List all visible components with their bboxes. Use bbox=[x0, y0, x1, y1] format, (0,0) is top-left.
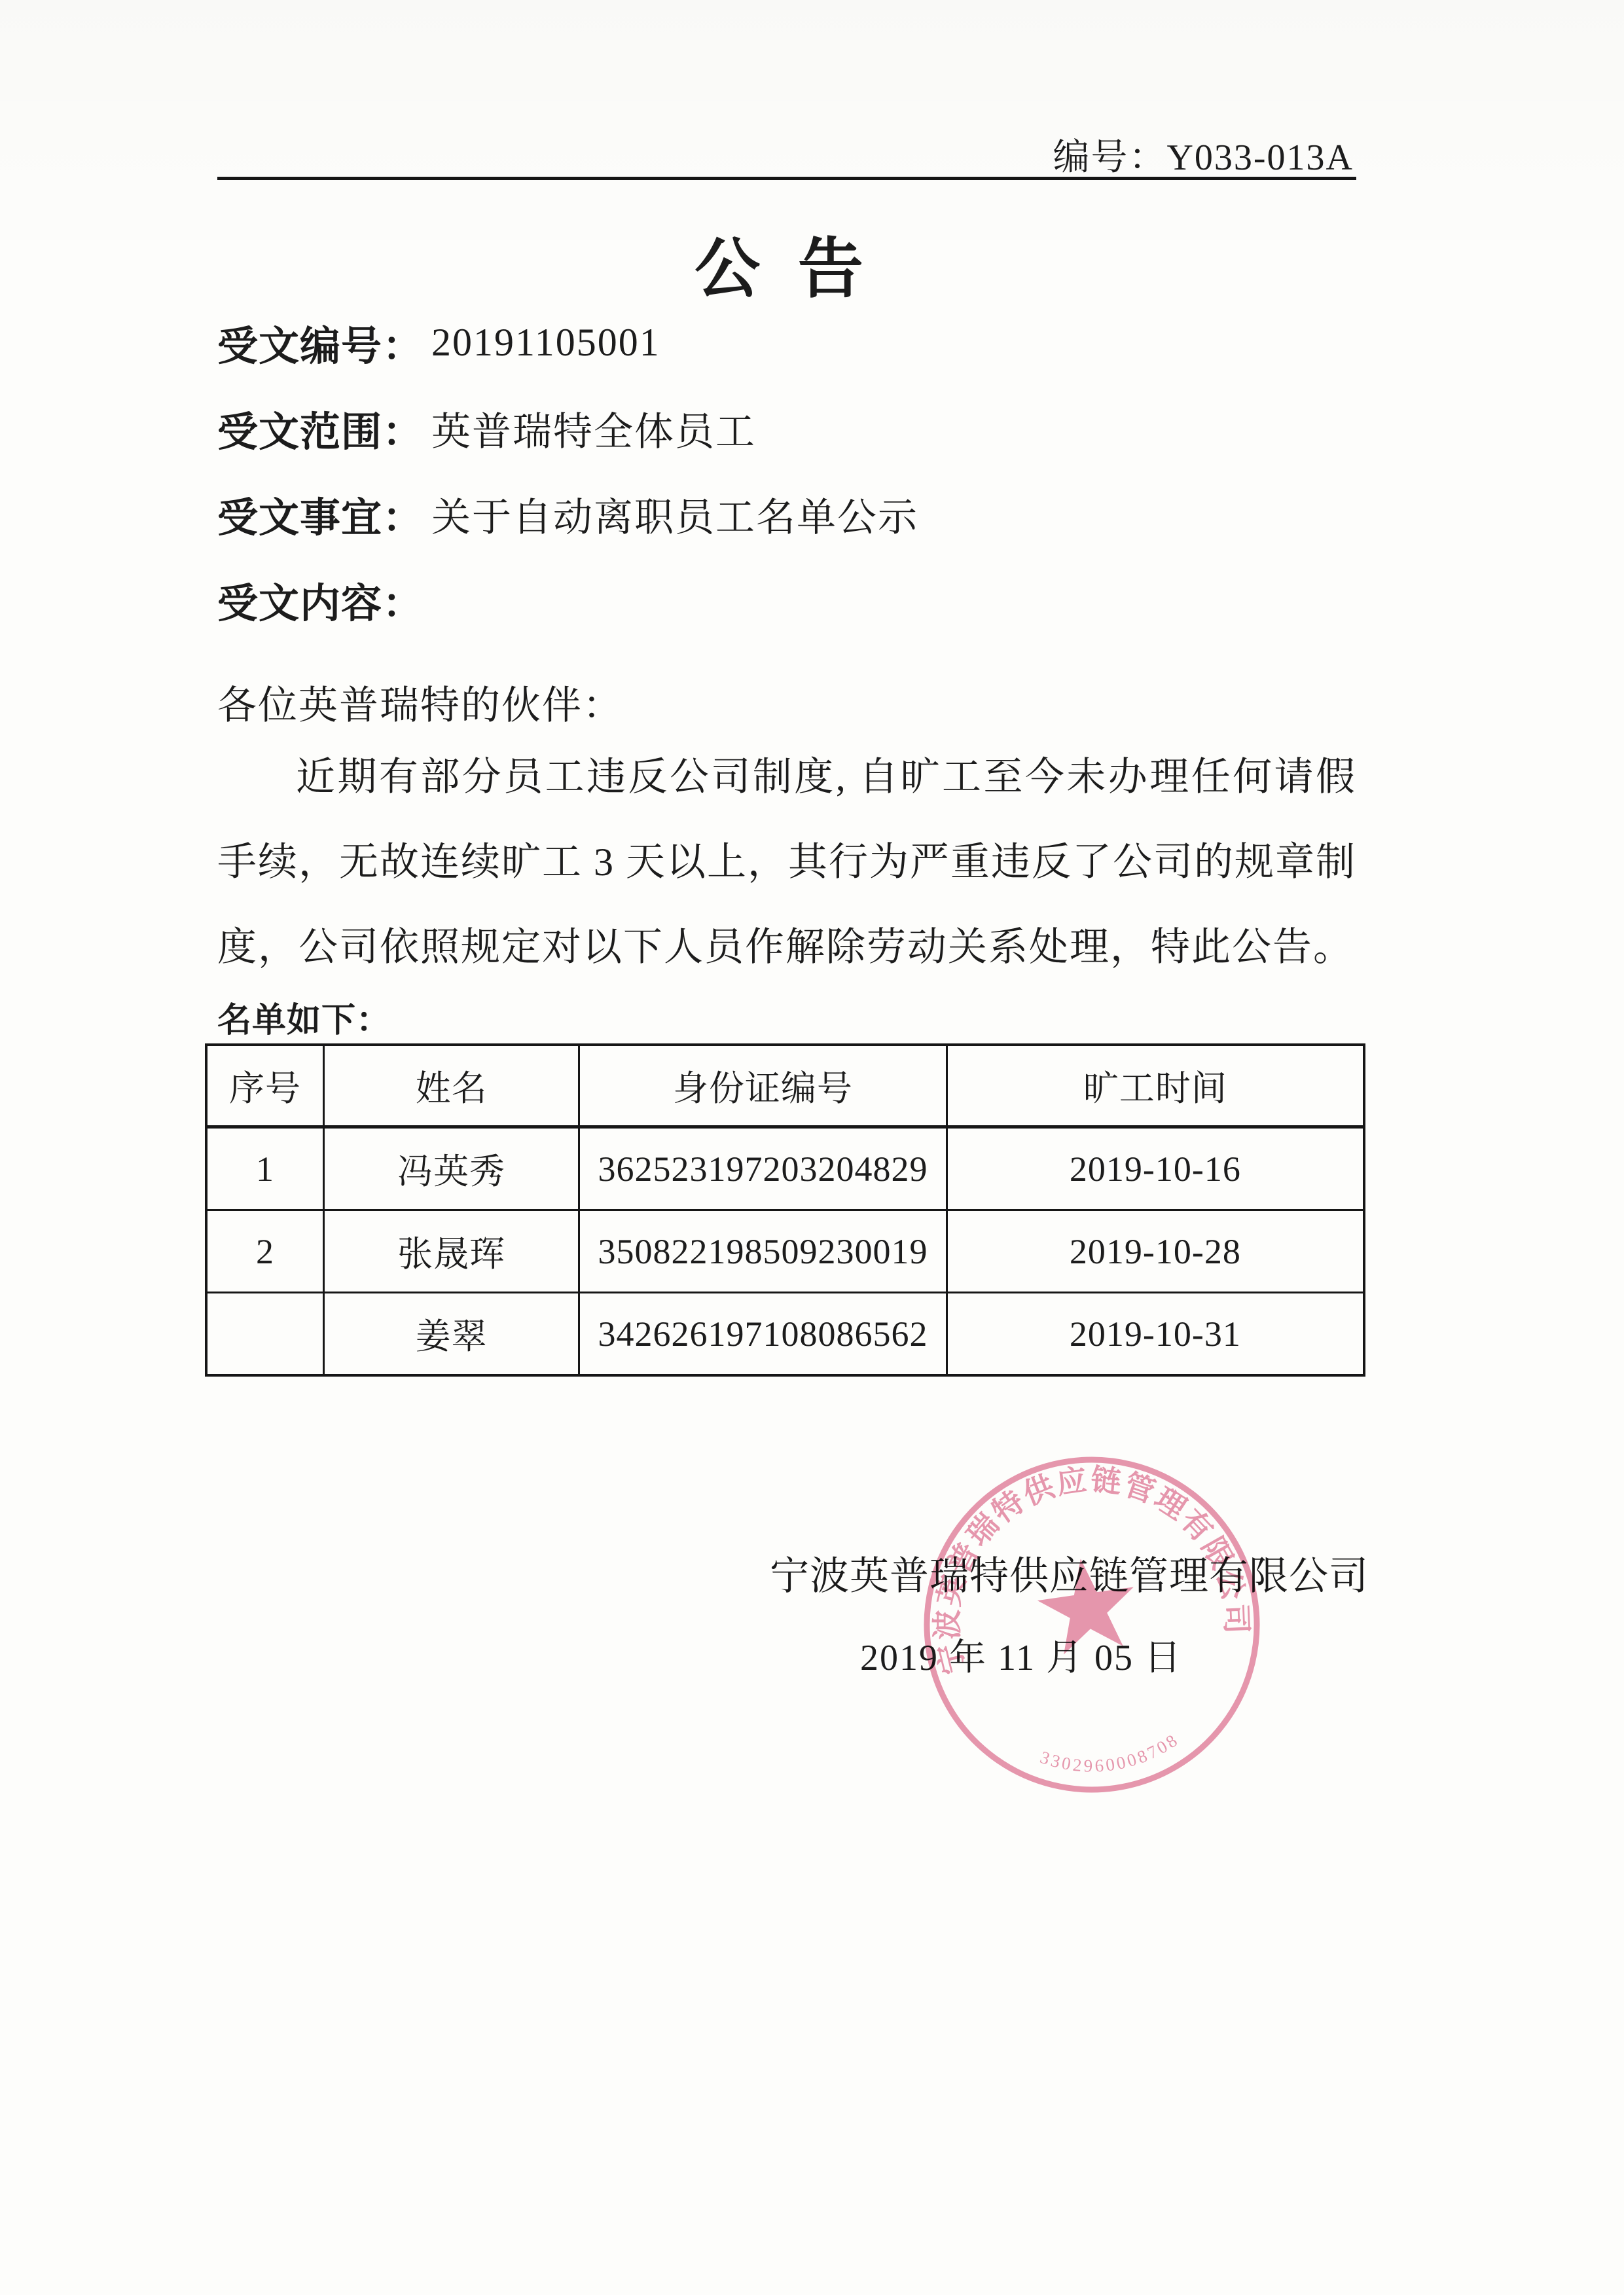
cell-absence-date: 2019-10-16 bbox=[947, 1127, 1364, 1210]
field-line-content: 受文内容： bbox=[217, 557, 1356, 643]
cell-index: 2 bbox=[206, 1210, 324, 1293]
cell-name: 张晟珲 bbox=[324, 1210, 579, 1293]
cell-id: 362523197203204829 bbox=[579, 1127, 947, 1210]
roster-header-row: 序号 姓名 身份证编号 旷工时间 bbox=[206, 1045, 1364, 1127]
field-label: 受文事宜： bbox=[217, 485, 424, 543]
roster-table: 序号 姓名 身份证编号 旷工时间 1 冯英秀 36252319720320482… bbox=[205, 1043, 1365, 1377]
salutation: 各位英普瑞特的伙伴： bbox=[217, 674, 1356, 731]
field-lines: 受文编号： 20191105001 受文范围： 英普瑞特全体员工 受文事宜： 关… bbox=[217, 300, 1356, 643]
header-cell-id: 身份证编号 bbox=[579, 1045, 947, 1127]
field-label: 受文范围： bbox=[217, 399, 424, 458]
seal-number: 3302960008708 bbox=[1036, 1728, 1185, 1784]
seal-ring bbox=[905, 1438, 1278, 1811]
cell-name: 冯英秀 bbox=[324, 1127, 579, 1210]
header-rule bbox=[217, 177, 1356, 180]
signature-date: 2019 年 11 月 05 日 bbox=[799, 1629, 1244, 1681]
cell-id: 342626197108086562 bbox=[579, 1293, 947, 1376]
cell-name: 姜翠 bbox=[324, 1293, 579, 1376]
doc-ref-label: 编号： bbox=[1053, 137, 1166, 178]
svg-text:3302960008708: 3302960008708 bbox=[1036, 1728, 1185, 1784]
header-cell-absence-date: 旷工时间 bbox=[947, 1045, 1364, 1127]
cell-absence-date: 2019-10-31 bbox=[947, 1293, 1364, 1376]
cell-id: 350822198509230019 bbox=[579, 1210, 947, 1293]
field-value: 英普瑞特全体员工 bbox=[431, 401, 756, 457]
doc-title: 公 告 bbox=[217, 216, 1343, 310]
field-value: 关于自动离职员工名单公示 bbox=[431, 486, 918, 543]
header-cell-index: 序号 bbox=[206, 1045, 324, 1127]
field-line-subject: 受文事宜： 关于自动离职员工名单公示 bbox=[217, 471, 1356, 557]
signature-company: 宁波英普瑞特供应链管理有限公司 bbox=[770, 1545, 1354, 1601]
doc-ref-value: Y033-013A bbox=[1166, 137, 1354, 178]
field-line-scope: 受文范围： 英普瑞特全体员工 bbox=[217, 386, 1356, 471]
company-seal: 宁波英普瑞特供应链管理有限公司 3302960008708 bbox=[892, 1425, 1291, 1824]
cell-index bbox=[206, 1293, 324, 1376]
list-intro: 名单如下： bbox=[217, 992, 391, 1041]
field-label: 受文内容： bbox=[217, 571, 424, 629]
cell-index: 1 bbox=[206, 1127, 324, 1210]
table-row: 2 张晟珲 350822198509230019 2019-10-28 bbox=[206, 1210, 1364, 1293]
table-row: 1 冯英秀 362523197203204829 2019-10-16 bbox=[206, 1127, 1364, 1210]
field-value: 20191105001 bbox=[431, 320, 660, 365]
table-row: 姜翠 342626197108086562 2019-10-31 bbox=[206, 1293, 1364, 1376]
cell-absence-date: 2019-10-28 bbox=[947, 1210, 1364, 1293]
scanned-announcement-page: 编号：Y033-013A 公 告 受文编号： 20191105001 受文范围：… bbox=[0, 0, 1624, 2295]
field-label: 受文编号： bbox=[217, 314, 424, 372]
doc-ref-row: 编号：Y033-013A bbox=[217, 128, 1354, 181]
header-cell-name: 姓名 bbox=[324, 1045, 579, 1127]
body-paragraph: 近期有部分员工违反公司制度, 自旷工至今未办理任何请假手续，无故连续旷工 3 天… bbox=[217, 734, 1356, 990]
field-line-doc-number: 受文编号： 20191105001 bbox=[217, 300, 1356, 386]
